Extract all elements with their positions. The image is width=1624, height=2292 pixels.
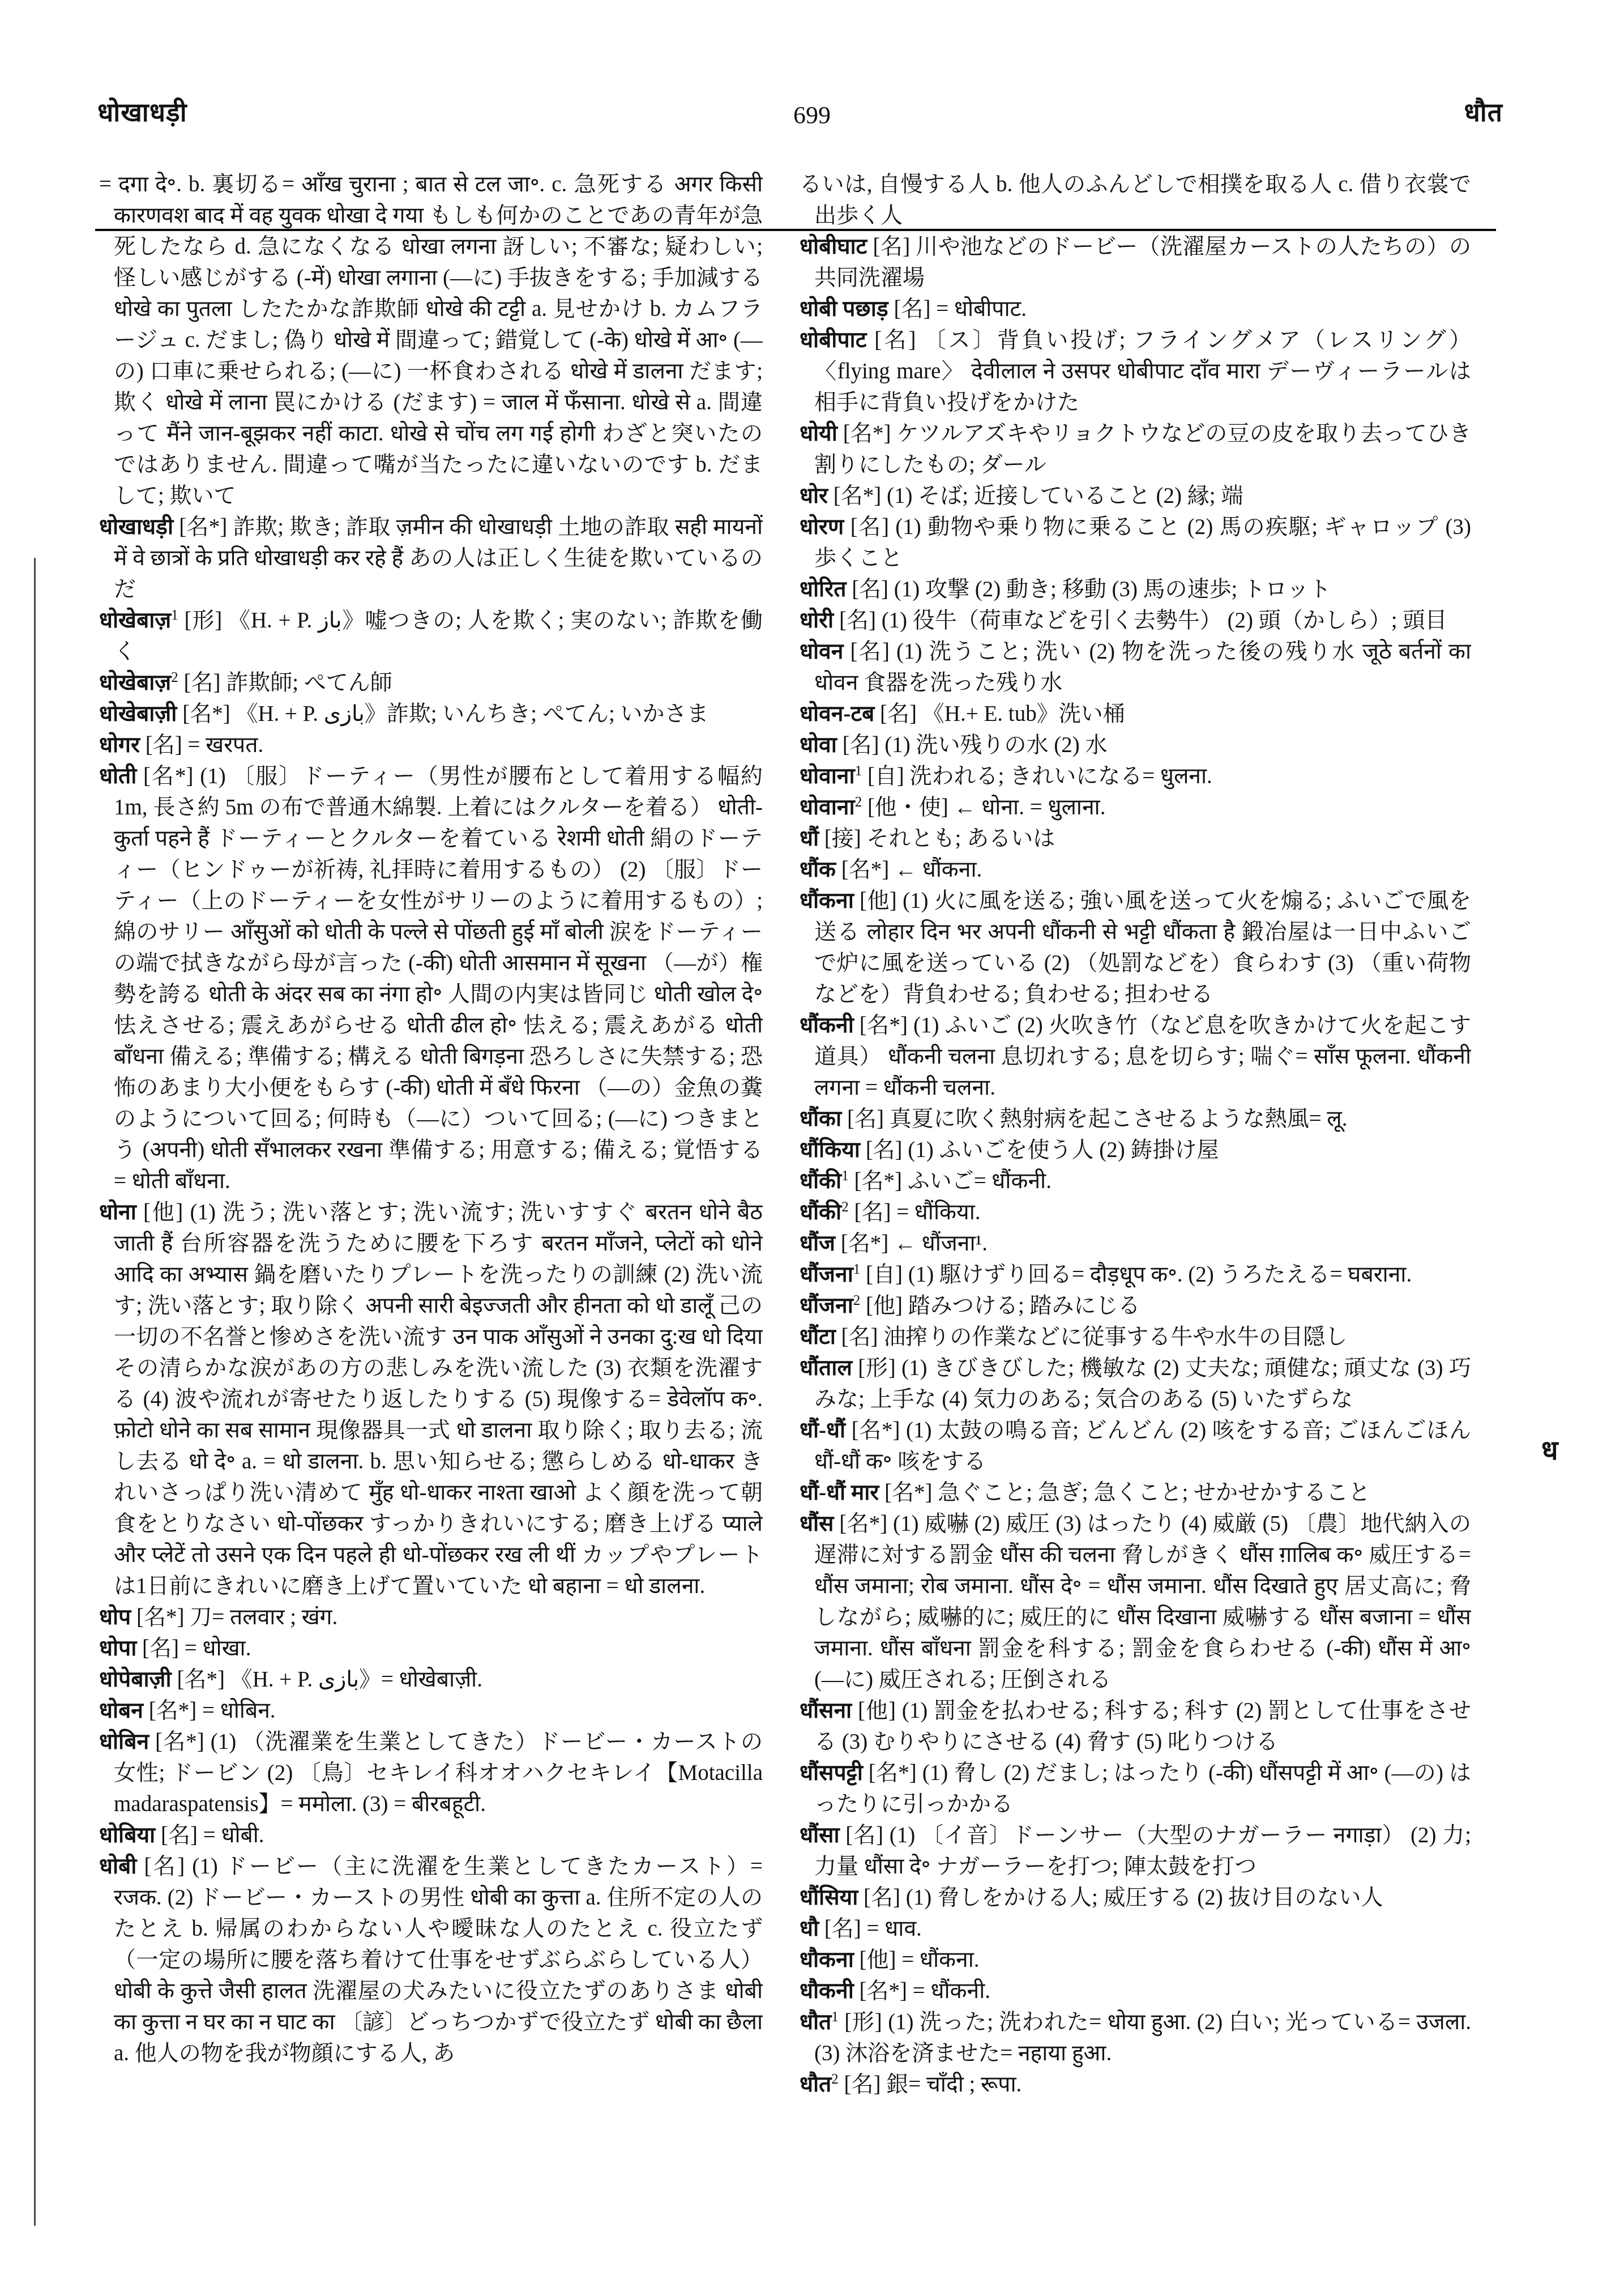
part-of-speech-tag: [名] xyxy=(834,608,881,633)
part-of-speech-tag: [名*] xyxy=(177,702,236,726)
dictionary-entry: धोखेबाज़2 [名] 詐欺師; ぺてん師 xyxy=(99,667,763,698)
part-of-speech-tag: [名] xyxy=(888,297,936,321)
entry-continuation: = दगा दे॰. b. 裏切る= आँख चुराना ; बात से ट… xyxy=(99,169,763,511)
dictionary-entry: धोबीघाट [名] 川や池などのドービー（洗濯屋カーストの人たちの）の共同洗… xyxy=(800,231,1471,293)
dictionary-entry: धौंकिया [名] (1) ふいごを使う人 (2) 鋳掛け屋 xyxy=(800,1134,1471,1166)
entry-body: 《H. + P. بازی》詐欺; いんちき; ぺてん; いかさま xyxy=(236,702,708,726)
dictionary-entry: धोना [他] (1) 洗う; 洗い落とす; 洗い流す; 洗いすすぐ बरतन… xyxy=(99,1197,763,1602)
headword-superscript: 2 xyxy=(853,1293,861,1308)
part-of-speech-tag: [他] xyxy=(860,1294,908,1318)
part-of-speech-tag: [名] xyxy=(849,1200,896,1224)
part-of-speech-tag: [名*] xyxy=(854,1979,913,2003)
entry-body: (1) 役牛（荷車などを引く去勢牛） (2) 頭（かしら）; 頭目 xyxy=(882,608,1447,633)
part-of-speech-tag: [名] xyxy=(840,1823,890,1847)
dictionary-entry: धौत1 [形] (1) 洗った; 洗われた= धोया हुआ. (2) 白い… xyxy=(800,2007,1471,2069)
part-of-speech-tag: [名*] xyxy=(136,764,200,788)
entry-body: (1) 威嚇 (2) 威圧 (3) はったり (4) 威厳 (5) 〔農〕地代納… xyxy=(814,1512,1471,1692)
dictionary-entry: धौंसपट्टी [名*] (1) 脅し (2) だまし; はったり (-की… xyxy=(800,1757,1471,1820)
dictionary-entry: धोबन [名*] = धोबिन. xyxy=(99,1695,763,1726)
part-of-speech-tag: [名] xyxy=(136,1854,192,1879)
entry-body: (1) 洗うこと; 洗い (2) 物を洗った後の残り水 जूठे बर्तनों… xyxy=(814,639,1471,695)
dictionary-entry: धौत2 [名] 銀= चाँदी ; रूपा. xyxy=(800,2069,1471,2100)
entry-continuation: るいは, 自慢する人 b. 他人のふんどしで相撲を取る人 c. 借り衣裳で出歩く… xyxy=(800,169,1471,231)
part-of-speech-tag: [名*] xyxy=(879,1480,938,1505)
entry-headword: धौं-धौं मार xyxy=(800,1480,879,1505)
part-of-speech-tag: [名] xyxy=(867,234,916,259)
dictionary-entry: धौंकनी [名*] (1) ふいご (2) 火吹き竹（など息を吹きかけて火を… xyxy=(800,1010,1471,1103)
entry-body: = धोखा. xyxy=(185,1636,251,1661)
entry-headword: धोगर xyxy=(99,733,140,757)
entry-body: ← धोना. = धुलाना. xyxy=(954,795,1106,820)
dictionary-entry: धोर [名*] (1) そば; 近接していること (2) 縁; 端 xyxy=(800,480,1471,511)
entry-headword: धोखेबाज़ xyxy=(99,671,171,695)
page-number: 699 xyxy=(0,103,1624,128)
entry-body: 洗われる; きれいになる= धुलना. xyxy=(910,764,1212,788)
part-of-speech-tag: [名] xyxy=(866,328,924,352)
right-column: るいは, 自慢する人 b. 他人のふんどしで相撲を取る人 c. 借り衣裳で出歩く… xyxy=(800,169,1471,2151)
part-of-speech-tag: [名*] xyxy=(828,484,887,508)
part-of-speech-tag: [名*] xyxy=(172,1667,230,1692)
dictionary-entry: धोबिया [名] = धोबी. xyxy=(99,1820,763,1851)
dictionary-entry: धौंटा [名] 油搾りの作業などに従事する牛や水牛の目隠し xyxy=(800,1321,1471,1352)
dictionary-entry: धौंसना [他] (1) 罰金を払わせる; 科する; 科す (2) 罰として… xyxy=(800,1695,1471,1757)
left-column: = दगा दे॰. b. 裏切る= आँख चुराना ; बात से ट… xyxy=(99,169,763,2185)
part-of-speech-tag: [名*] xyxy=(149,1730,211,1754)
entry-body: = धोबी. xyxy=(203,1823,264,1847)
dictionary-entry: धोयी [名*] ケツルアズキやリョクトウなどの豆の皮を取り去ってひき割りにし… xyxy=(800,418,1471,480)
dictionary-entry: धौंजना2 [他] 踏みつける; 踏みにじる xyxy=(800,1290,1471,1321)
entry-headword: धौंजना xyxy=(800,1294,853,1318)
dictionary-entry: धौंसिया [名] (1) 脅しをかける人; 威圧する (2) 抜け目のない… xyxy=(800,1882,1471,1913)
entry-headword: धोरी xyxy=(800,608,834,633)
entry-headword: धौंकनी xyxy=(800,1013,854,1038)
entry-body: 真夏に吹く熱射病を起こさせるような熱風= लू. xyxy=(890,1107,1348,1131)
part-of-speech-tag: [他] xyxy=(852,1698,901,1723)
entry-body: (1) 動物や乗り物に乗ること (2) 馬の疾駆; ギャロップ (3) 歩くこと xyxy=(814,515,1471,570)
part-of-speech-tag: [名] xyxy=(860,1138,908,1162)
entry-body: = धोबीपाट. xyxy=(936,297,1027,321)
part-of-speech-tag: [名*] xyxy=(131,1605,190,1629)
entry-body: (1) 洗い残りの水 (2) 水 xyxy=(884,733,1107,757)
dictionary-entry: धोती [名*] (1) 〔服〕ドーティー（男性が腰布として着用する幅約 1m… xyxy=(99,761,763,1197)
headword-superscript: 2 xyxy=(171,670,178,685)
part-of-speech-tag: [名] xyxy=(836,1325,883,1349)
part-of-speech-tag: [形] xyxy=(839,2010,888,2034)
entry-body: ← धौंकना. xyxy=(895,857,982,882)
entry-headword: धोबीघाट xyxy=(800,234,867,259)
part-of-speech-tag: [他] xyxy=(854,1948,901,1972)
dictionary-entry: धौ [名] = धाव. xyxy=(800,1913,1471,1944)
entry-body: ふいご= धौंकनी. xyxy=(908,1169,1052,1193)
dictionary-entry: धौंका [名] 真夏に吹く熱射病を起こさせるような熱風= लू. xyxy=(800,1103,1471,1134)
entry-headword: धोबन xyxy=(99,1698,143,1723)
entry-headword: धौंकी xyxy=(800,1169,841,1193)
entry-headword: धोती xyxy=(99,764,136,788)
entry-body: = धोबिन. xyxy=(202,1698,276,1723)
entry-body: (1) ドービー（主に洗濯を生業としてきたカースト）= रजक. (2) ドービ… xyxy=(114,1854,763,2065)
part-of-speech-tag: [名] xyxy=(837,733,884,757)
entry-body: 刀= तलवार ; खंग. xyxy=(190,1605,337,1629)
entry-headword: धोबी xyxy=(99,1854,136,1879)
entry-headword: धोवन xyxy=(800,639,843,664)
dictionary-entry: धोबी [名] (1) ドービー（主に洗濯を生業としてきたカースト）= रजक… xyxy=(99,1851,763,2069)
part-of-speech-tag: [名] xyxy=(874,702,922,726)
entry-headword: धोवन-टब xyxy=(800,702,874,726)
part-of-speech-tag: [名*] xyxy=(849,1169,908,1193)
entry-headword: धौंकिया xyxy=(800,1138,860,1162)
entry-body: (1) きびきびした; 機敏な (2) 丈夫な; 頑健な; 頑丈な (3) 巧み… xyxy=(814,1356,1471,1411)
part-of-speech-tag: [名*] xyxy=(837,421,897,446)
part-of-speech-tag: [形] xyxy=(178,608,228,633)
part-of-speech-tag: [他] xyxy=(854,889,903,913)
entry-body: 油搾りの作業などに従事する牛や水牛の目隠し xyxy=(883,1325,1347,1349)
headword-superscript: 2 xyxy=(831,2072,839,2087)
part-of-speech-tag: [名*] xyxy=(835,1231,894,1256)
entry-headword: धोवाना xyxy=(800,795,855,820)
entry-body: (1) ふいごを使う人 (2) 鋳掛け屋 xyxy=(908,1138,1219,1162)
dictionary-entry: धोवाना2 [他・使] ← धोना. = धुलाना. xyxy=(800,792,1471,823)
entry-body: (1) 攻撃 (2) 動き; 移動 (3) 馬の速歩; トロット xyxy=(894,577,1331,601)
dictionary-entry: धौकनी [名*] = धौंकनी. xyxy=(800,1975,1471,2007)
dictionary-entry: धौंजना1 [自] (1) 駆けずり回る= दौड़धूप क॰. (2) … xyxy=(800,1259,1471,1290)
part-of-speech-tag: [名] xyxy=(843,639,896,664)
part-of-speech-tag: [名] xyxy=(140,733,187,757)
entry-body: ケツルアズキやリョクトウなどの豆の皮を取り去ってひき割りにしたもの; ダール xyxy=(814,421,1471,477)
part-of-speech-tag: [名*] xyxy=(854,1013,913,1038)
entry-body: (1) ふいご (2) 火吹き竹（など息を吹きかけて火を起こす道具） धौंकन… xyxy=(814,1013,1471,1100)
entry-body: (1) 〔イ音〕ドーンサー（大型のナガーラー नगाड़ा） (2) 力; 力量… xyxy=(814,1823,1471,1879)
dictionary-entry: धौंस [名*] (1) 威嚇 (2) 威圧 (3) はったり (4) 威厳 … xyxy=(800,1508,1471,1695)
dictionary-page: धोखाधड़ी 699 धौत = दगा दे॰. b. 裏切る= आँख … xyxy=(0,0,1624,2292)
entry-body: (1) 火に風を送る; 強い風を送って火を煽る; ふいごで風を送る लोहार … xyxy=(814,889,1471,1006)
headword-superscript: 1 xyxy=(855,763,862,779)
dictionary-entry: धौंकी1 [名*] ふいご= धौंकनी. xyxy=(800,1166,1471,1197)
dictionary-entry: धोबिन [名*] (1) （洗濯業を生業としてきた）ドービー・カーストの女性… xyxy=(99,1726,763,1820)
entry-headword: धोना xyxy=(99,1200,136,1224)
dictionary-entry: धोबीपाट [名] 〔ス〕背負い投げ; フライングメア（レスリング）〈fly… xyxy=(800,325,1471,418)
entry-headword: धौकनी xyxy=(800,1979,854,2003)
entry-headword: धोपा xyxy=(99,1636,136,1661)
entry-headword: धौंताल xyxy=(800,1356,852,1380)
dictionary-entry: धोरित [名] (1) 攻撃 (2) 動き; 移動 (3) 馬の速歩; トロ… xyxy=(800,574,1471,605)
part-of-speech-tag: [名*] xyxy=(173,515,233,539)
entry-headword: धौंस xyxy=(800,1512,834,1536)
entry-body: (1) 駆けずり回る= दौड़धूप क॰. (2) うろたえる= घबरान… xyxy=(908,1262,1412,1287)
part-of-speech-tag: [接] xyxy=(819,826,866,851)
entry-headword: धौं xyxy=(800,826,819,851)
part-of-speech-tag: [名] xyxy=(841,1107,889,1131)
dictionary-entry: धोपेबाज़ी [名*] 《H. + P. بازی》= धोखेबाज़ी… xyxy=(99,1664,763,1695)
entry-body: (1) 罰金を払わせる; 科する; 科す (2) 罰として仕事をさせる (3) … xyxy=(814,1698,1471,1754)
dictionary-entry: धौंकी2 [名] = धौंकिया. xyxy=(800,1197,1471,1228)
part-of-speech-tag: [形] xyxy=(852,1356,901,1380)
entry-headword: धोखाधड़ी xyxy=(99,515,173,539)
part-of-speech-tag: [名] xyxy=(858,1885,905,1910)
entry-headword: धौं-धौं xyxy=(800,1418,845,1442)
part-of-speech-tag: [名] xyxy=(819,1917,866,1941)
part-of-speech-tag: [名] xyxy=(178,671,226,695)
dictionary-entry: धोखेबाज़1 [形] 《H. + P. باز》嘘つきの; 人を欺く; 実… xyxy=(99,605,763,667)
entry-headword: धोखेबाज़ xyxy=(99,608,171,633)
entry-headword: धौंक xyxy=(800,857,836,882)
entry-body: (1) 太鼓の鳴る音; どんどん (2) 咳をする音; ごほんごほん धौं-ध… xyxy=(814,1418,1471,1474)
dictionary-entry: धोवन [名] (1) 洗うこと; 洗い (2) 物を洗った後の残り水 जूठ… xyxy=(800,636,1471,698)
dictionary-entry: धौं [接] それとも; あるいは xyxy=(800,823,1471,854)
entry-headword: धोयी xyxy=(800,421,837,446)
entry-headword: धौंकी xyxy=(800,1200,841,1224)
dictionary-entry: धोपा [名] = धोखा. xyxy=(99,1633,763,1664)
dictionary-entry: धोखेबाज़ी [名*] 《H. + P. بازی》詐欺; いんちき; ぺ… xyxy=(99,698,763,729)
entry-body: 《H.+ E. tub》洗い桶 xyxy=(922,702,1125,726)
entry-headword: धोप xyxy=(99,1605,131,1629)
entry-body: = खरपत. xyxy=(187,733,263,757)
dictionary-entry: धोरण [名] (1) 動物や乗り物に乗ること (2) 馬の疾駆; ギャロップ… xyxy=(800,511,1471,574)
entry-headword: धोबी पछाड़ xyxy=(800,297,888,321)
entry-body: (1) 〔服〕ドーティー（男性が腰布として着用する幅約 1m, 長さ約 5m の… xyxy=(114,764,763,1193)
entry-body: = धौंकिया. xyxy=(896,1200,980,1224)
entry-body: (1) そば; 近接していること (2) 縁; 端 xyxy=(887,484,1243,508)
entry-headword: धौंसपट्टी xyxy=(800,1761,863,1785)
entry-body: (1) 洗った; 洗われた= धोया हुआ. (2) 白い; 光っている= … xyxy=(814,2010,1471,2065)
part-of-speech-tag: [名*] xyxy=(143,1698,202,1723)
part-of-speech-tag: [自] xyxy=(862,764,909,788)
entry-body: (1) （洗濯業を生業としてきた）ドービー・カーストの女性; ドービン (2) … xyxy=(114,1730,763,1816)
part-of-speech-tag: [名] xyxy=(155,1823,203,1847)
entry-headword: धौकना xyxy=(800,1948,854,1972)
dictionary-entry: धौं-धौं [名*] (1) 太鼓の鳴る音; どんどん (2) 咳をする音;… xyxy=(800,1415,1471,1477)
headword-superscript: 1 xyxy=(171,608,178,623)
entry-body: それとも; あるいは xyxy=(867,826,1055,851)
dictionary-entry: धौं-धौं मार [名*] 急ぐこと; 急ぎ; 急くこと; せかせかするこ… xyxy=(800,1477,1471,1508)
entry-headword: धौंसा xyxy=(800,1823,840,1847)
entry-body: 詐欺師; ぺてん師 xyxy=(226,671,392,695)
dictionary-entry: धोगर [名] = खरपत. xyxy=(99,729,763,761)
entry-headword: धौंजना xyxy=(800,1262,853,1287)
entry-headword: धोखेबाज़ी xyxy=(99,702,177,726)
part-of-speech-tag: [名] xyxy=(839,2072,886,2097)
entry-headword: धोर xyxy=(800,484,828,508)
dictionary-entry: धौंकना [他] (1) 火に風を送る; 強い風を送って火を煽る; ふいごで… xyxy=(800,885,1471,1010)
entry-body: (1) 脅しをかける人; 威圧する (2) 抜け目のない人 xyxy=(906,1885,1383,1910)
entry-headword: धोवाना xyxy=(800,764,855,788)
entry-body: 《H. + P. بازی》= धोखेबाज़ी. xyxy=(230,1667,482,1692)
entry-headword: धोरण xyxy=(800,515,844,539)
headword-superscript: 2 xyxy=(841,1200,849,1215)
entry-headword: धोबिया xyxy=(99,1823,155,1847)
entry-body: = धौंकनी. xyxy=(913,1979,990,2003)
entry-headword: धोरित xyxy=(800,577,846,601)
headword-superscript: 1 xyxy=(841,1168,849,1184)
headword-superscript: 1 xyxy=(853,1262,861,1277)
headword-superscript: 2 xyxy=(855,795,862,810)
guide-word-right: धौत xyxy=(1464,100,1503,126)
entry-headword: धौत xyxy=(800,2010,831,2034)
page-edge-line xyxy=(34,558,36,2226)
part-of-speech-tag: [名*] xyxy=(836,857,895,882)
dictionary-entry: धोवाना1 [自] 洗われる; きれいになる= धुलना. xyxy=(800,761,1471,792)
part-of-speech-tag: [名*] xyxy=(834,1512,893,1536)
dictionary-entry: धौंक [名*] ← धौंकना. xyxy=(800,854,1471,885)
part-of-speech-tag: [名*] xyxy=(845,1418,906,1442)
entry-body: るいは, 自慢する人 b. 他人のふんどしで相撲を取る人 c. 借り衣裳で出歩く… xyxy=(800,172,1471,228)
dictionary-entry: धौंताल [形] (1) きびきびした; 機敏な (2) 丈夫な; 頑健な;… xyxy=(800,1352,1471,1415)
dictionary-entry: धोबी पछाड़ [名] = धोबीपाट. xyxy=(800,293,1471,325)
entry-headword: धौंज xyxy=(800,1231,835,1256)
dictionary-entry: धोवा [名] (1) 洗い残りの水 (2) 水 xyxy=(800,729,1471,761)
entry-body: = दगा दे॰. b. 裏切る= आँख चुराना ; बात से ट… xyxy=(99,172,763,508)
part-of-speech-tag: [名*] xyxy=(863,1761,922,1785)
dictionary-entry: धोवन-टब [名] 《H.+ E. tub》洗い桶 xyxy=(800,698,1471,729)
entry-headword: धौंकना xyxy=(800,889,854,913)
entry-headword: धोवा xyxy=(800,733,837,757)
part-of-speech-tag: [名] xyxy=(846,577,894,601)
entry-body: ← धौंजना¹. xyxy=(894,1231,988,1256)
entry-body: = धाव. xyxy=(867,1917,922,1941)
entry-body: 銀= चाँदी ; रूपा. xyxy=(886,2072,1022,2097)
entry-headword: धौ xyxy=(800,1917,819,1941)
part-of-speech-tag: [自] xyxy=(860,1262,908,1287)
entry-headword: धौंसना xyxy=(800,1698,852,1723)
entry-headword: धौंसिया xyxy=(800,1885,858,1910)
dictionary-entry: धौंज [名*] ← धौंजना¹. xyxy=(800,1228,1471,1259)
headword-superscript: 1 xyxy=(831,2009,839,2025)
dictionary-entry: धोप [名*] 刀= तलवार ; खंग. xyxy=(99,1602,763,1633)
entry-body: 急ぐこと; 急ぎ; 急くこと; せかせかすること xyxy=(938,1480,1370,1505)
entry-body: (1) 洗う; 洗い落とす; 洗い流す; 洗いすすぐ बरतन धोने बैठ… xyxy=(114,1200,763,1598)
part-of-speech-tag: [他・使] xyxy=(862,795,954,820)
entry-body: = धौंकना. xyxy=(901,1948,979,1972)
entry-headword: धोपेबाज़ी xyxy=(99,1667,172,1692)
entry-headword: धौंका xyxy=(800,1107,841,1131)
entry-headword: धोबिन xyxy=(99,1730,149,1754)
entry-headword: धौंटा xyxy=(800,1325,836,1349)
dictionary-entry: धोरी [名] (1) 役牛（荷車などを引く去勢牛） (2) 頭（かしら）; … xyxy=(800,605,1471,636)
thumb-index-letter: ध xyxy=(1541,1437,1558,1465)
dictionary-entry: धोखाधड़ी [名*] 詐欺; 欺き; 詐取 ज़मीन की धोखाधड… xyxy=(99,511,763,605)
part-of-speech-tag: [名] xyxy=(136,1636,184,1661)
dictionary-entry: धौंसा [名] (1) 〔イ音〕ドーンサー（大型のナガーラー नगाड़ा）… xyxy=(800,1820,1471,1882)
part-of-speech-tag: [他] xyxy=(136,1200,190,1224)
part-of-speech-tag: [名] xyxy=(844,515,895,539)
dictionary-entry: धौकना [他] = धौंकना. xyxy=(800,1944,1471,1975)
entry-headword: धोबीपाट xyxy=(800,328,866,352)
entry-headword: धौत xyxy=(800,2072,831,2097)
entry-body: 踏みつける; 踏みにじる xyxy=(908,1294,1140,1318)
